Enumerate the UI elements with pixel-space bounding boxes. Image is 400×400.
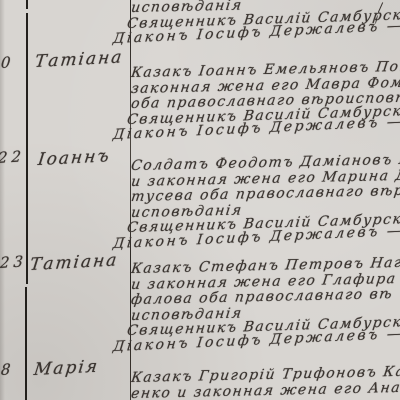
- record-number: 0: [0, 53, 15, 72]
- record-entry: Казакъ Іоаннъ Емельяновъ Понозр законная…: [131, 66, 400, 144]
- left-column-rule-middle-segment: [26, 13, 28, 284]
- left-column-rule-bottom-segment: [25, 287, 27, 400]
- record-name: Татіана: [29, 250, 120, 275]
- record-number: 23: [0, 252, 28, 272]
- left-column-rule-top-segment: [26, 0, 28, 9]
- record-entry: Казакъ Григорій Трифоновъ Кащ енко и зак…: [131, 371, 400, 400]
- record-number: 8: [0, 360, 15, 379]
- record-number: 22: [0, 147, 26, 167]
- previous-record-tail: исповѣданія Священникъ Василій Самбурскі…: [131, 1, 400, 48]
- record-name: Татіана: [34, 47, 125, 72]
- record-entry: Казакъ Стефанъ Петровъ Нагор и законная …: [131, 262, 400, 356]
- record-name: Іоаннъ: [37, 146, 112, 170]
- scanned-register-page: исповѣданія Священникъ Василій Самбурскі…: [0, 0, 400, 400]
- record-entry: Солдатъ Феодотъ Даміановъ Мово и законна…: [131, 159, 400, 253]
- record-name: Марія: [33, 357, 101, 381]
